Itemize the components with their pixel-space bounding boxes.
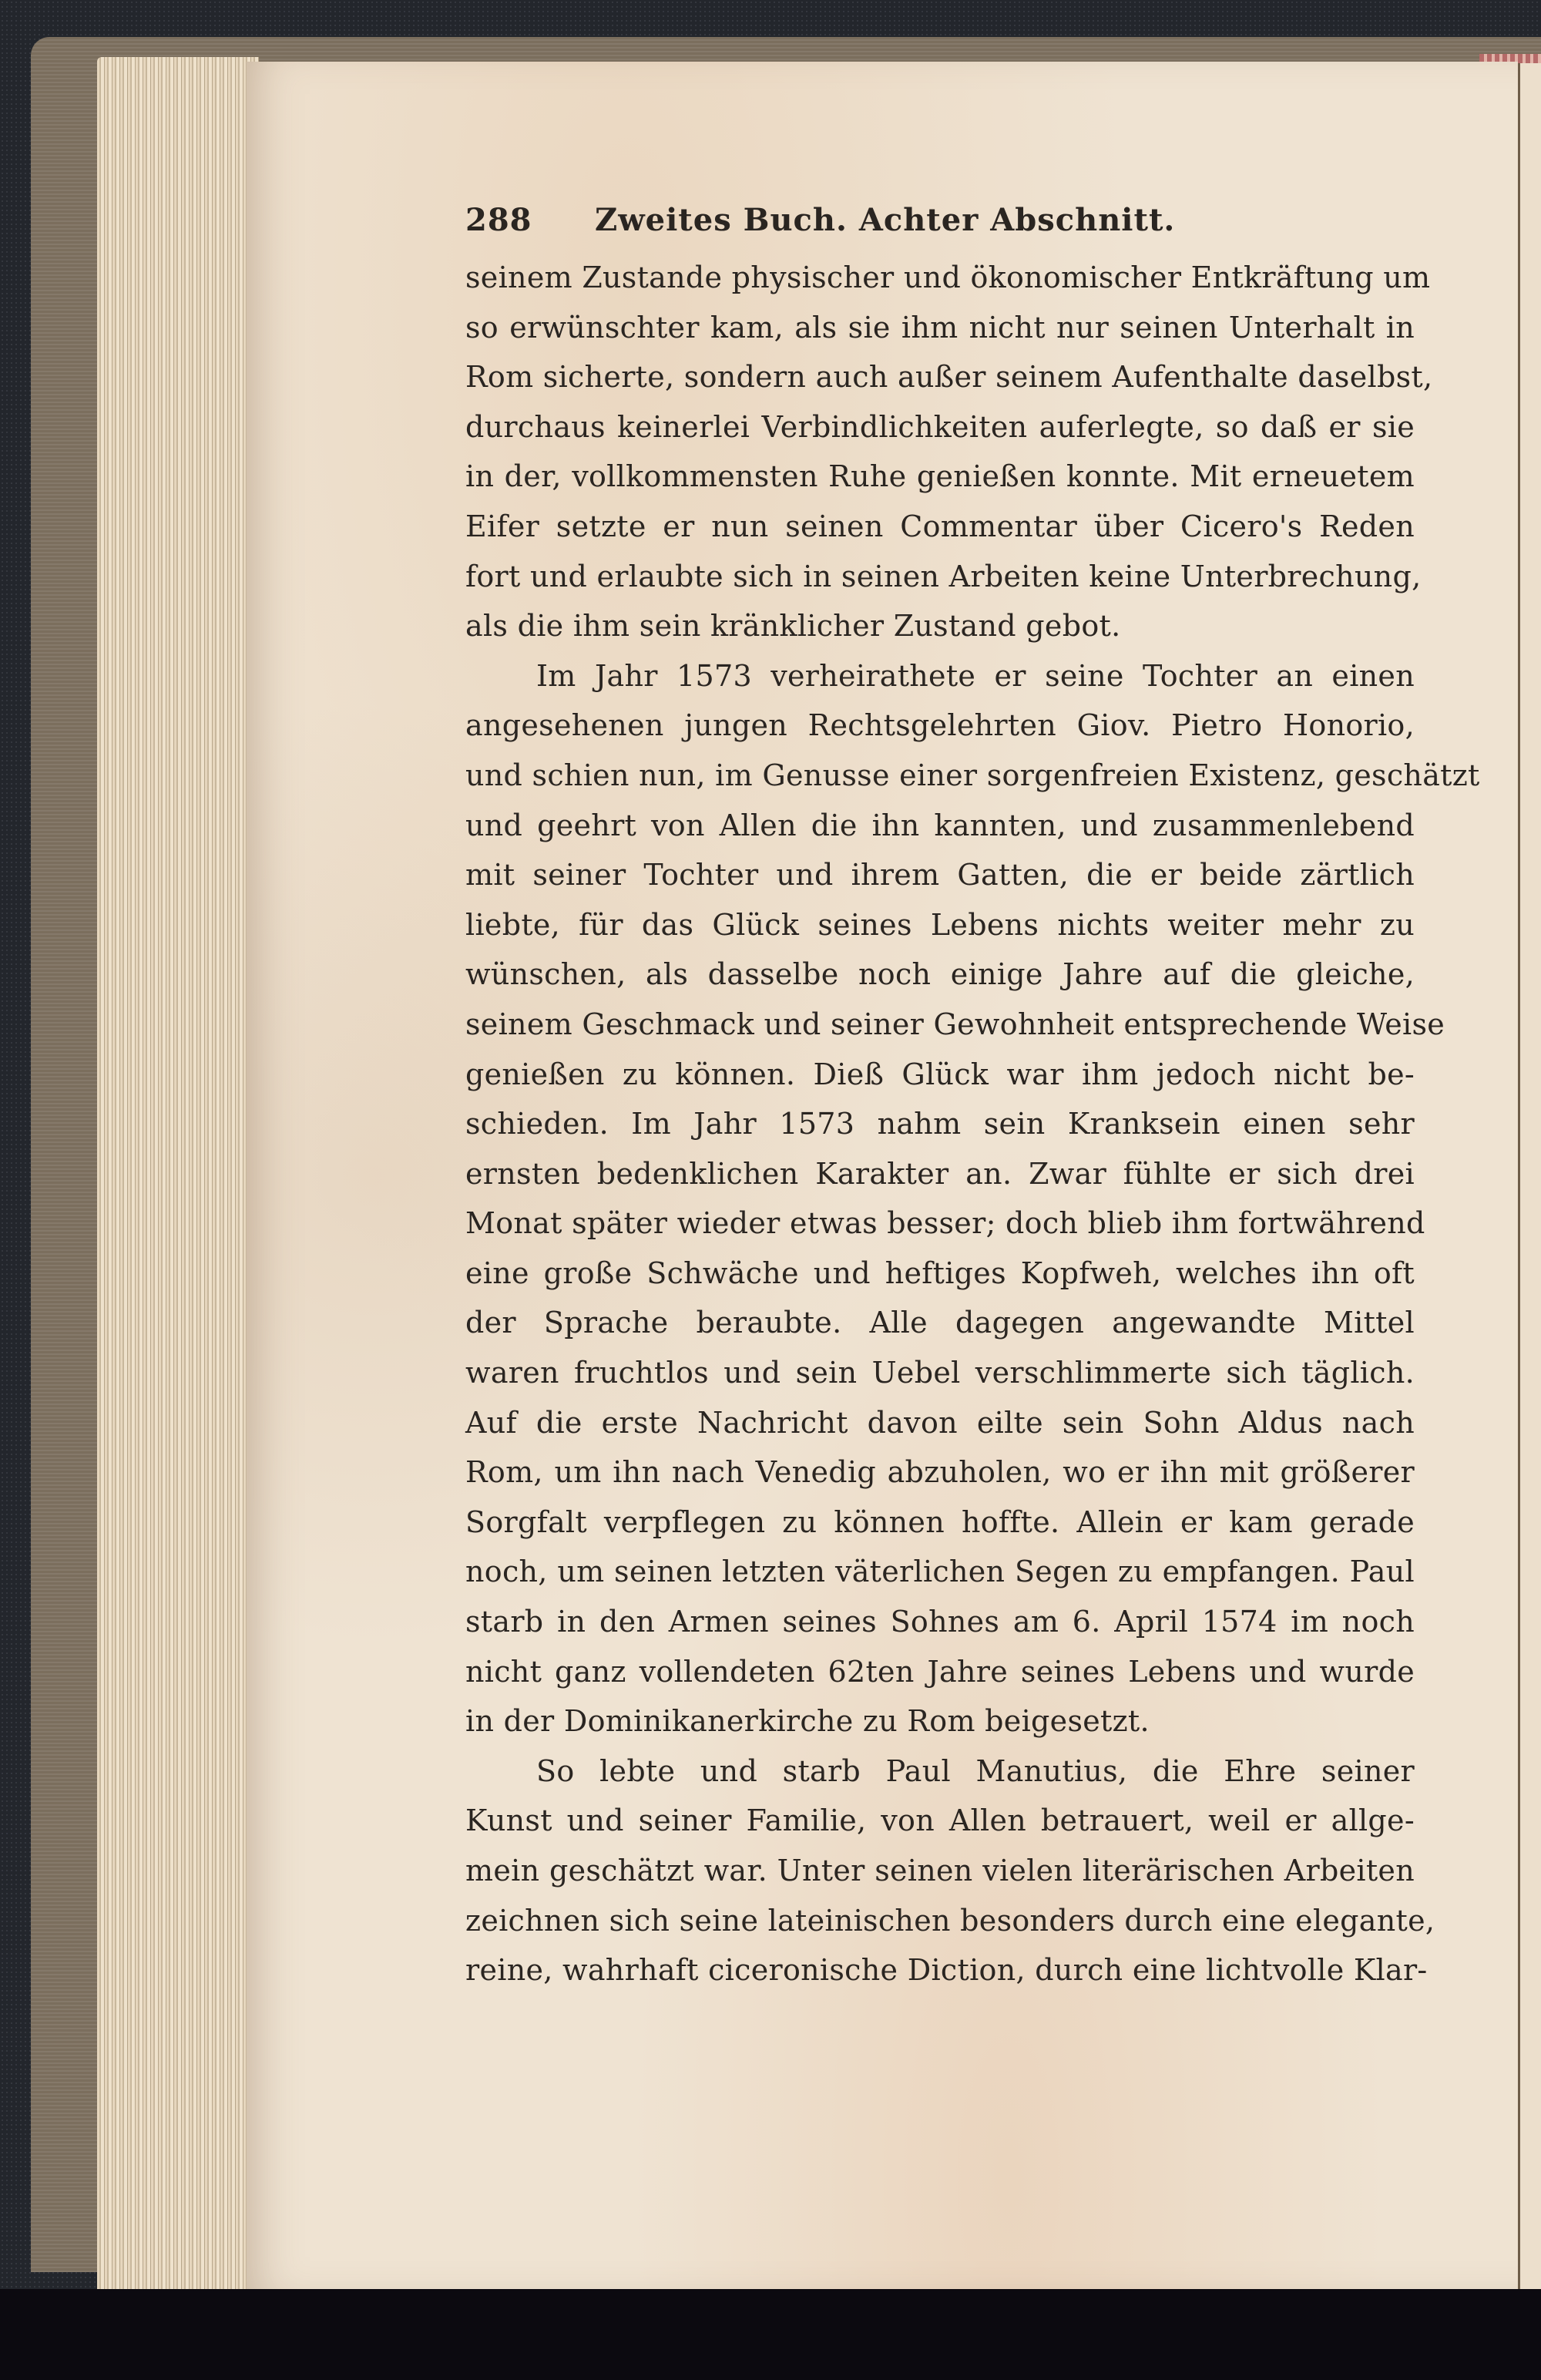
text-line: Rom, um ihn nach Venedig abzuholen, wo e… bbox=[465, 1447, 1415, 1498]
text-line: fort und erlaubte sich in seinen Arbeite… bbox=[465, 552, 1415, 602]
text-line: noch, um seinen letzten väterlichen Sege… bbox=[465, 1547, 1415, 1597]
text-line: seinem Geschmack und seiner Gewohnheit e… bbox=[465, 1000, 1415, 1050]
text-line: der Sprache beraubte. Alle dagegen angew… bbox=[465, 1298, 1415, 1348]
text-line: schieden. Im Jahr 1573 nahm sein Krankse… bbox=[465, 1099, 1415, 1149]
text-line: Sorgfalt verpflegen zu können hoffte. Al… bbox=[465, 1498, 1415, 1548]
text-line: genießen zu können. Dieß Glück war ihm j… bbox=[465, 1050, 1415, 1100]
text-line: nicht ganz vollendeten 62ten Jahre seine… bbox=[465, 1647, 1415, 1697]
text-line: Eifer setzte er nun seinen Commentar übe… bbox=[465, 502, 1415, 552]
page-content: 288 Zweites Buch. Achter Abschnitt. sein… bbox=[465, 202, 1415, 1995]
text-line: mein geschätzt war. Unter seinen vielen … bbox=[465, 1846, 1415, 1896]
text-line: waren fruchtlos und sein Uebel verschlim… bbox=[465, 1348, 1415, 1398]
page-edges bbox=[97, 57, 259, 2292]
text-line: Auf die erste Nachricht davon eilte sein… bbox=[465, 1398, 1415, 1448]
text-line: mit seiner Tochter und ihrem Gatten, die… bbox=[465, 850, 1415, 900]
background-shadow bbox=[0, 2289, 1541, 2380]
running-head: 288 Zweites Buch. Achter Abschnitt. bbox=[465, 202, 1415, 253]
text-line: reine, wahrhaft ciceronische Diction, du… bbox=[465, 1945, 1415, 1995]
text-line: starb in den Armen seines Sohnes am 6. A… bbox=[465, 1597, 1415, 1647]
text-line: und geehrt von Allen die ihn kannten, un… bbox=[465, 801, 1415, 851]
body-text: seinem Zustande physischer und ökonomisc… bbox=[465, 253, 1415, 1995]
text-line: liebte, für das Glück seines Lebens nich… bbox=[465, 900, 1415, 950]
text-line: ernsten bedenklichen Karakter an. Zwar f… bbox=[465, 1149, 1415, 1199]
adjacent-page-edge bbox=[1518, 63, 1541, 2289]
text-line: So lebte und starb Paul Manutius, die Eh… bbox=[465, 1746, 1415, 1797]
text-line: eine große Schwäche und heftiges Kopfweh… bbox=[465, 1249, 1415, 1299]
text-line: und schien nun, im Genusse einer sorgenf… bbox=[465, 751, 1415, 801]
text-line: Im Jahr 1573 verheirathete er seine Toch… bbox=[465, 651, 1415, 701]
text-line: zeichnen sich seine lateinischen besonde… bbox=[465, 1896, 1415, 1946]
text-line: so erwünschter kam, als sie ihm nicht nu… bbox=[465, 303, 1415, 353]
page-number: 288 bbox=[465, 202, 595, 238]
text-line: durchaus keinerlei Verbindlichkeiten auf… bbox=[465, 402, 1415, 452]
text-line: angesehenen jungen Rechtsgelehrten Giov.… bbox=[465, 701, 1415, 751]
text-line: seinem Zustande physischer und ökonomisc… bbox=[465, 253, 1415, 303]
text-line: Rom sicherte, sondern auch außer seinem … bbox=[465, 352, 1415, 402]
text-line: in der, vollkommensten Ruhe genießen kon… bbox=[465, 452, 1415, 502]
text-line: Monat später wieder etwas besser; doch b… bbox=[465, 1198, 1415, 1249]
text-line: als die ihm sein kränklicher Zustand geb… bbox=[465, 601, 1415, 651]
text-line: in der Dominikanerkirche zu Rom beigeset… bbox=[465, 1696, 1415, 1746]
text-line: Kunst und seiner Familie, von Allen betr… bbox=[465, 1796, 1415, 1846]
text-line: wünschen, als dasselbe noch einige Jahre… bbox=[465, 950, 1415, 1000]
chapter-heading: Zweites Buch. Achter Abschnitt. bbox=[595, 202, 1175, 238]
